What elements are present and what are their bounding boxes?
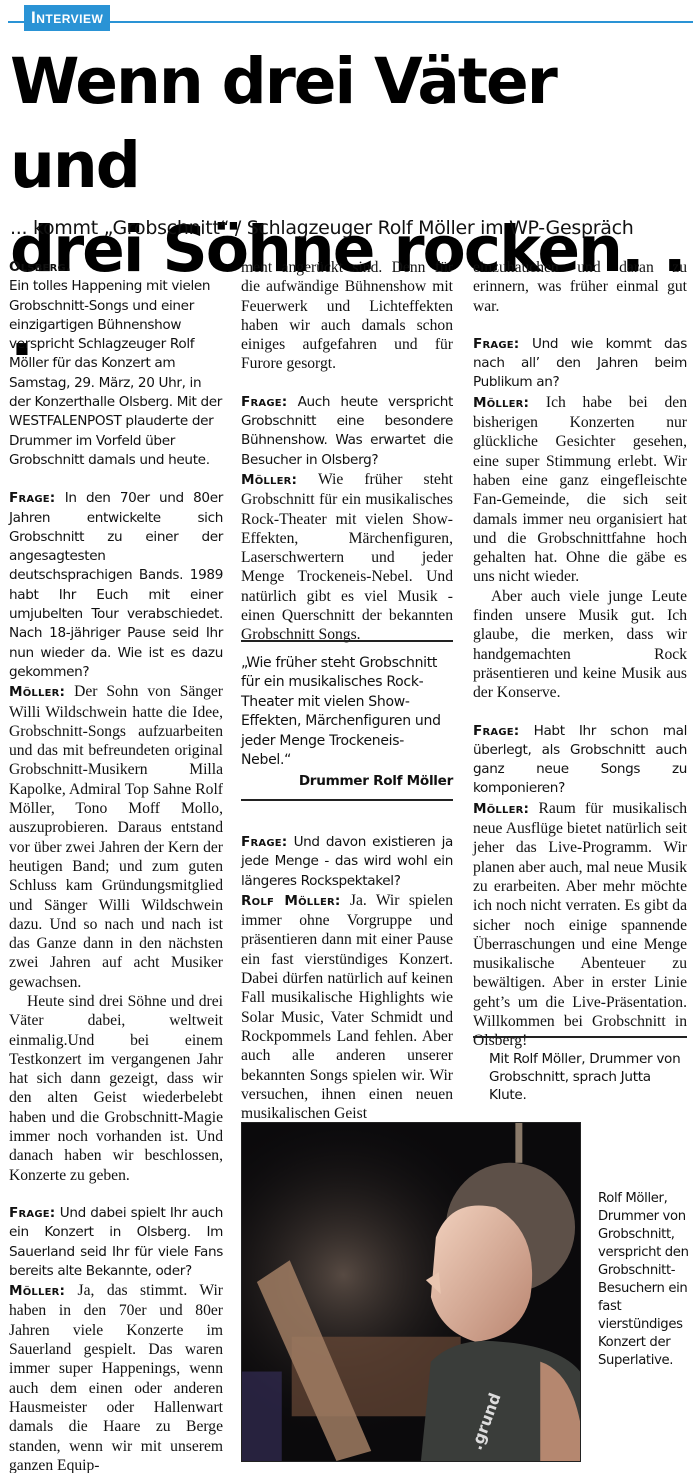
divider — [473, 1036, 687, 1038]
answer-6: Möller: Raum für musikalisch neue Ausflü… — [473, 799, 687, 1051]
answer-label: Möller: — [473, 801, 529, 817]
question-5: Frage: Und wie kommt das nach all’ den J… — [473, 335, 687, 393]
intro-text: Ein tolles Happening mit vielen Grobschn… — [9, 278, 222, 468]
photo-drummer: .grund — [241, 1122, 581, 1462]
dateline: Olsberg. — [9, 259, 71, 275]
question-label: Frage: — [241, 394, 287, 410]
answer-2: Möller: Ja, das stimmt. Wir haben in den… — [9, 1281, 223, 1473]
answer-label: Möller: — [473, 395, 529, 411]
question-4: Frage: Und davon existieren ja jede Meng… — [241, 833, 453, 891]
answer-4: Rolf Möller: Ja. Wir spielen immer ohne … — [241, 891, 453, 1124]
subheadline: ... kommt „Grobschnitt“ / Schlagzeuger R… — [10, 216, 700, 240]
headline-line-1: Wenn drei Väter und — [10, 45, 556, 202]
question-label: Frage: — [473, 723, 519, 739]
question-1: Frage: In den 70er und 80er Jahren entwi… — [9, 489, 223, 682]
answer-5-paragraph-2: Aber auch viele junge Leute finden unser… — [473, 587, 687, 703]
question-6: Frage: Habt Ihr schon mal überlegt, als … — [473, 722, 687, 799]
question-label: Frage: — [241, 834, 287, 850]
answer-1: Möller: Der Sohn von Sänger Willi Wildsc… — [9, 682, 223, 992]
article-column-2-lower: Frage: Und davon existieren ja jede Meng… — [241, 833, 453, 1123]
article-column-2: ment angerückt sind. Denn für die aufwän… — [241, 258, 453, 645]
answer-label: Möller: — [9, 684, 65, 700]
pull-quote: „Wie früher steht Grobschnitt für ein mu… — [241, 640, 453, 801]
answer-label: Rolf Möller: — [241, 893, 341, 909]
answer-label: Möller: — [241, 472, 297, 488]
answer-label: Möller: — [9, 1283, 65, 1299]
article-column-3: einzuhauchen und daran zu erinnern, was … — [473, 258, 687, 1051]
question-label: Frage: — [473, 336, 519, 352]
answer-5: Möller: Ich habe bei den bisherigen Konz… — [473, 393, 687, 587]
question-2: Frage: Und dabei spielt Ihr auch ein Kon… — [9, 1204, 223, 1281]
question-3: Frage: Auch heute verspricht Grobschnitt… — [241, 393, 453, 470]
question-label: Frage: — [9, 490, 55, 506]
article-column-1: Olsberg. Ein tolles Happening mit vielen… — [9, 258, 223, 1473]
photo-illustration: .grund — [242, 1123, 580, 1461]
question-label: Frage: — [9, 1205, 55, 1221]
photo-caption: Rolf Möller, Drummer von Grobschnitt, ve… — [598, 1190, 696, 1370]
pull-quote-text: „Wie früher steht Grobschnitt für ein mu… — [241, 654, 453, 770]
pull-quote-attribution: Drummer Rolf Möller — [241, 771, 453, 791]
answer-1-paragraph-2: Heute sind drei Söhne und drei Väter dab… — [9, 992, 223, 1185]
rubric-label: Interview — [24, 5, 110, 31]
interview-credit: Mit Rolf Möller, Drummer von Grobschnitt… — [489, 1050, 689, 1104]
answer-3: Möller: Wie früher steht Grobschnitt für… — [241, 470, 453, 645]
intro: Olsberg. Ein tolles Happening mit vielen… — [9, 258, 223, 470]
answer-2-continued: ment angerückt sind. Denn für die aufwän… — [241, 258, 453, 374]
answer-4-continued: einzuhauchen und daran zu erinnern, was … — [473, 258, 687, 316]
rubric-rule — [8, 21, 693, 23]
